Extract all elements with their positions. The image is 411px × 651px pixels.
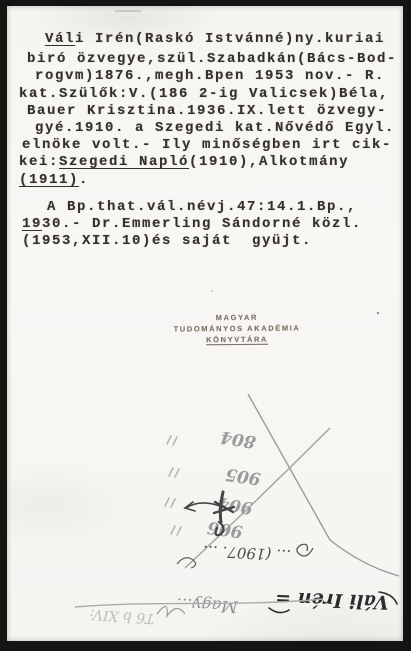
pencil-number: 905 (224, 464, 262, 489)
pencil-numbers: 804 905 904 906 (206, 426, 262, 541)
ink-name-note-text: Váli Irén = (275, 587, 389, 613)
catalog-card: Váli Irén(Raskó Istvánné)ny.kuriaibiró ö… (7, 6, 403, 641)
pencil-name-note: Magy… (157, 594, 239, 616)
ink-name-note: Váli Irén = (269, 587, 397, 613)
scanned-catalog-card-page: { "card": { "typed_lines": [ {"indent": … (0, 0, 411, 651)
ditto-marks (165, 436, 181, 535)
pencil-name-note-text: Magy… (176, 594, 239, 616)
pencil-reference-note: T6 b XIV: (89, 606, 155, 626)
ink-note-scribble (297, 544, 313, 556)
scan-specks (115, 10, 379, 314)
ink-year-note: … (1907. … (177, 542, 313, 568)
handwritten-annotations: 804 905 904 906 … (1907. … Váli Irén = M… (7, 6, 403, 641)
ink-year-note-text: … (1907. … (202, 542, 291, 565)
pencil-number: 906 (206, 517, 244, 542)
pencil-number: 804 (219, 426, 258, 451)
